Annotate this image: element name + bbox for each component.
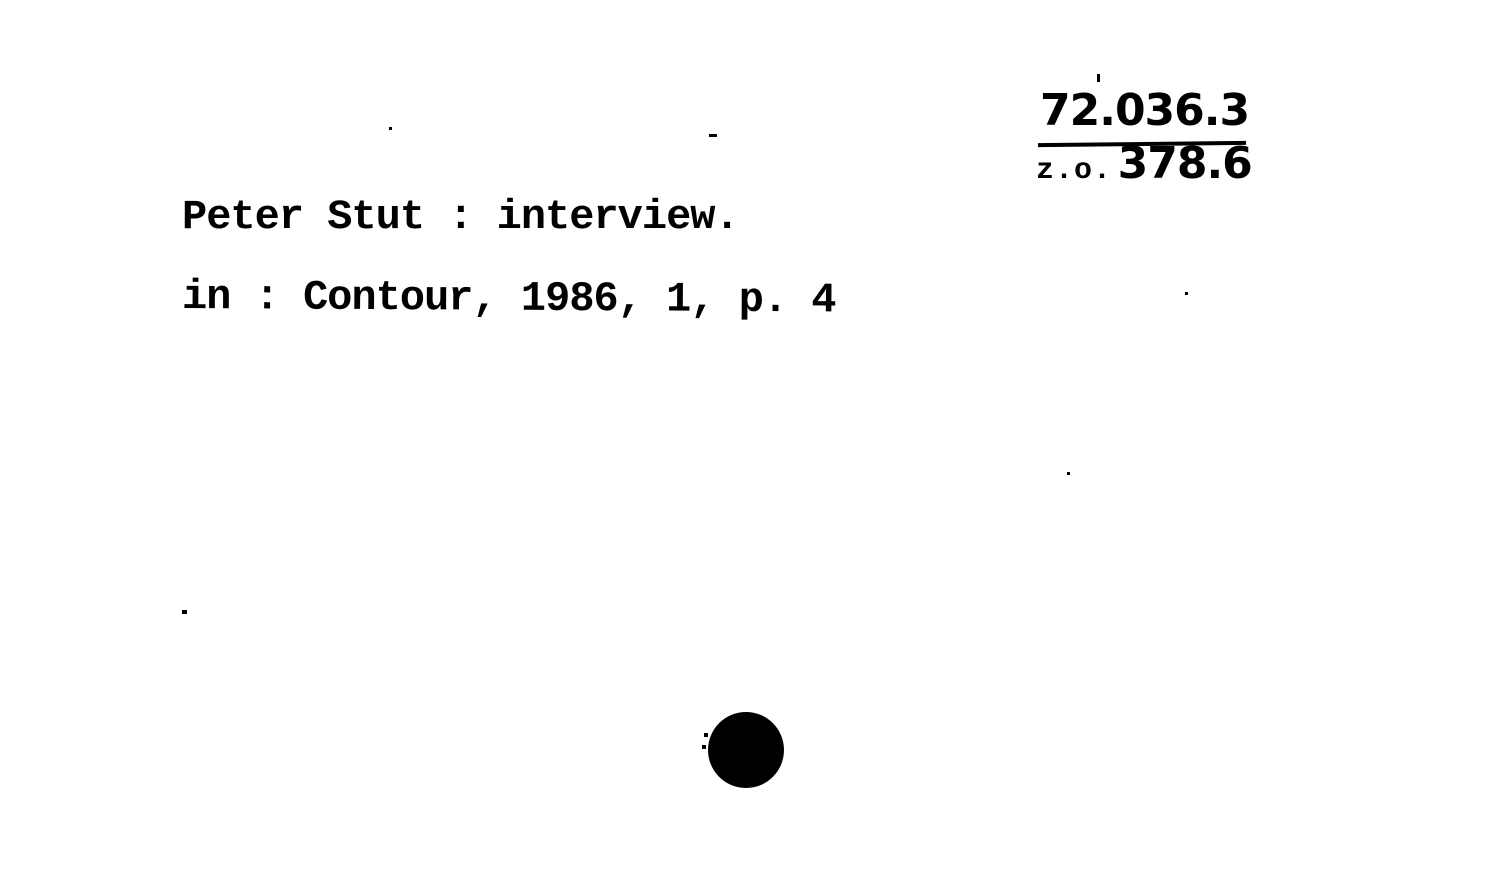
entry-title-line: Peter Stut : interview. bbox=[182, 192, 739, 242]
catalogue-card: 72.036.3 z.o. 378.6 Peter Stut : intervi… bbox=[0, 0, 1508, 889]
scan-speck bbox=[182, 610, 187, 614]
scan-speck bbox=[1067, 472, 1070, 475]
scan-speck bbox=[704, 733, 708, 737]
card-punch-hole bbox=[708, 712, 784, 788]
scan-speck bbox=[389, 127, 392, 130]
scan-speck bbox=[709, 134, 717, 137]
classmark-lower-prefix: z.o. bbox=[1036, 154, 1112, 188]
classmark-lower: z.o. 378.6 bbox=[1036, 144, 1252, 193]
scan-speck bbox=[1097, 74, 1100, 82]
entry-source-line: in : Contour, 1986, 1, p. 4 bbox=[182, 272, 836, 325]
classmark-upper: 72.036.3 bbox=[1036, 86, 1252, 136]
classmark: 72.036.3 z.o. 378.6 bbox=[1036, 86, 1252, 193]
scan-speck bbox=[702, 745, 706, 749]
scan-speck bbox=[1185, 292, 1188, 295]
